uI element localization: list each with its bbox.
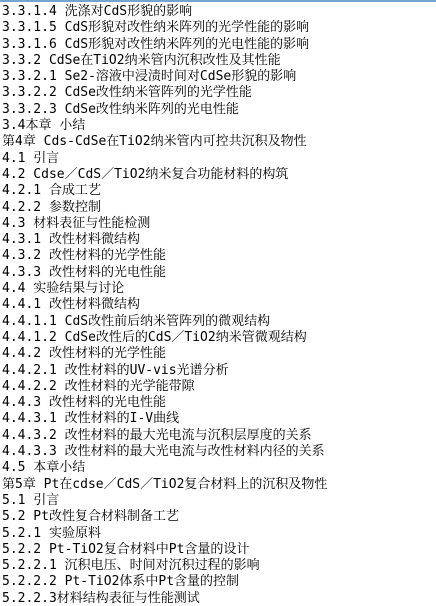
toc-line: 4.4.2 改性材料的光学性能 xyxy=(2,346,436,362)
toc-line: 4.4 实验结果与讨论 xyxy=(2,281,436,297)
toc-line: 5.2.2.3材料结构表征与性能测试 xyxy=(2,591,436,606)
toc-line: 4.4.3.2 改性材料的最大光电流与沉积层厚度的关系 xyxy=(2,428,436,444)
toc-line: 4.4.1.2 CdSe改性后的CdS／TiO2纳米管微观结构 xyxy=(2,330,436,346)
toc-line: 4.3 材料表征与性能检测 xyxy=(2,216,436,232)
toc-line: 4.4.1 改性材料微结构 xyxy=(2,297,436,313)
toc-line: 4.2 Cdse／CdS／TiO2纳米复合功能材料的构筑 xyxy=(2,167,436,183)
toc-line: 第4章 Cds-CdSe在TiO2纳米管内可控共沉积及物性 xyxy=(2,134,436,150)
toc-line: 3.3.2.1 Se2-溶液中浸渍时间对CdSe形貌的影响 xyxy=(2,69,436,85)
toc-line: 4.3.1 改性材料微结构 xyxy=(2,232,436,248)
toc-line: 4.1 引言 xyxy=(2,151,436,167)
toc-line: 5.2.2.2 Pt-TiO2体系中Pt含量的控制 xyxy=(2,574,436,590)
toc-line: 5.2.1 实验原料 xyxy=(2,526,436,542)
toc-line: 4.4.1.1 CdS改性前后纳米管阵列的微观结构 xyxy=(2,314,436,330)
toc-line: 3.3.1.6 CdS形貌对改性纳米阵列的光电性能的影响 xyxy=(2,37,436,53)
toc-line: 5.2 Pt改性复合材料制备工艺 xyxy=(2,509,436,525)
toc-line: 4.3.2 改性材料的光学性能 xyxy=(2,248,436,264)
toc-line: 3.3.2.3 CdSe改性纳米阵列的光电性能 xyxy=(2,102,436,118)
toc-line: 4.4.2.2 改性材料的光学能带隙 xyxy=(2,379,436,395)
toc-line: 3.3.2 CdSe在TiO2纳米管内沉积改性及其性能 xyxy=(2,53,436,69)
toc-line: 5.2.2 Pt-TiO2复合材料中Pt含量的设计 xyxy=(2,542,436,558)
document-text-area[interactable]: 3.3.1.4 洗涤对CdS形貌的影响3.3.1.5 CdS形貌对改性纳米阵列的… xyxy=(0,2,436,606)
toc-line: 4.2.1 合成工艺 xyxy=(2,183,436,199)
toc-line: 5.2.2.1 沉积电压、时间对沉积过程的影响 xyxy=(2,558,436,574)
toc-line: 4.4.3.1 改性材料的I-V曲线 xyxy=(2,411,436,427)
toc-line: 3.3.1.5 CdS形貌对改性纳米阵列的光学性能的影响 xyxy=(2,20,436,36)
toc-line: 4.5 本章小结 xyxy=(2,460,436,476)
toc-line: 4.3.3 改性材料的光电性能 xyxy=(2,265,436,281)
toc-line: 4.4.3 改性材料的光电性能 xyxy=(2,395,436,411)
toc-lines: 3.3.1.4 洗涤对CdS形貌的影响3.3.1.5 CdS形貌对改性纳米阵列的… xyxy=(2,4,436,606)
toc-line: 4.2.2 参数控制 xyxy=(2,200,436,216)
toc-line: 4.4.2.1 改性材料的UV-vis光谱分析 xyxy=(2,363,436,379)
toc-line: 3.3.2.2 CdSe改性纳米管阵列的光学性能 xyxy=(2,85,436,101)
toc-line: 4.4.3.3 改性材料的最大光电流与改性材料内径的关系 xyxy=(2,444,436,460)
toc-line: 第5章 Pt在cdse／CdS／TiO2复合材料上的沉积及物性 xyxy=(2,477,436,493)
toc-line: 5.1 引言 xyxy=(2,493,436,509)
toc-line: 3.4本章 小结 xyxy=(2,118,436,134)
toc-line: 3.3.1.4 洗涤对CdS形貌的影响 xyxy=(2,4,436,20)
